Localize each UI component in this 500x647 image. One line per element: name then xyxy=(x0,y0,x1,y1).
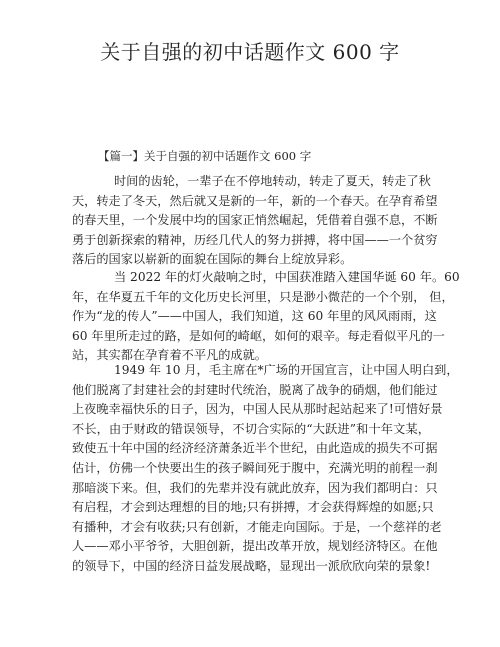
paragraph-1: 时间的齿轮，一辈子在不停地转动，转走了夏天，转走了秋 天，转走了冬天，然后就又是… xyxy=(72,172,430,270)
paragraph-line: 1949 年 10 月，毛主席在*广场的开国宣言，让中国人明白到， xyxy=(72,361,430,381)
paragraph-line: 时间的齿轮，一辈子在不停地转动，转走了夏天，转走了秋 xyxy=(72,172,430,192)
paragraph-line: 他们脱离了封建社会的封建时代统治，脱离了战争的硝烟，他们能过 xyxy=(72,381,430,401)
paragraph-2: 当 2022 年的灯火敲响之时，中国获准踏入建国华诞 60 年。60 年，在华夏… xyxy=(72,268,430,366)
paragraph-line: 估计，仿佛一个快要出生的孩子瞬间死于腹中，充满光明的前程一刹 xyxy=(72,459,430,479)
paragraph-line: 那暗淡下来。但，我们的先辈并没有就此放弃，因为我们都明白：只 xyxy=(72,479,430,499)
document-title: 关于自强的初中话题作文 600 字 xyxy=(0,36,500,65)
paragraph-line: 年，在华夏五千年的文化历史长河里，只是渺小微茫的一个个别， 但， xyxy=(72,288,430,308)
paragraph-line: 作为“龙的传人”——中国人，我们知道，这 60 年里的风风雨雨，这 xyxy=(72,307,430,327)
paragraph-line: 当 2022 年的灯火敲响之时，中国获准踏入建国华诞 60 年。60 xyxy=(72,268,430,288)
paragraph-line: 60 年里所走过的路，是如何的崎岖，如何的艰辛。每走看似平凡的一 xyxy=(72,327,430,347)
section-heading: 【篇一】关于自强的初中话题作文 600 字 xyxy=(98,148,311,164)
paragraph-line: 人——邓小平爷爷，大胆创新，提出改革开放，规划经济特区。在他 xyxy=(72,537,430,557)
paragraph-line: 天，转走了冬天，然后就又是新的一年，新的一个春天。在孕育希望 xyxy=(72,192,430,212)
paragraph-line: 上夜晚幸福快乐的日子，因为，中国人民从那时起站起来了!可惜好景 xyxy=(72,400,430,420)
paragraph-line: 勇于创新探索的精神，历经几代人的努力拼搏，将中国——一个贫穷 xyxy=(72,231,430,251)
paragraph-line: 有启程，才会到达理想的目的地;只有拼搏，才会获得辉煌的如愿;只 xyxy=(72,498,430,518)
paragraph-line: 的领导下，中国的经济日益发展战略，显现出一派欣欣向荣的景象! xyxy=(72,557,430,577)
paragraph-3: 1949 年 10 月，毛主席在*广场的开国宣言，让中国人明白到， 他们脱离了封… xyxy=(72,361,430,577)
paragraph-line: 有播种，才会有收获;只有创新，才能走向国际。于是，一个慈祥的老 xyxy=(72,518,430,538)
paragraph-line: 致使五十年中国的经济经济萧条近半个世纪，由此造成的损失不可据 xyxy=(72,439,430,459)
paragraph-line: 不长，由于财政的错误领导，不切合实际的“大跃进”和十年文某， xyxy=(72,420,430,440)
paragraph-line: 的春天里，一个发展中均的国家正悄然崛起，凭借着自强不息，不断 xyxy=(72,211,430,231)
